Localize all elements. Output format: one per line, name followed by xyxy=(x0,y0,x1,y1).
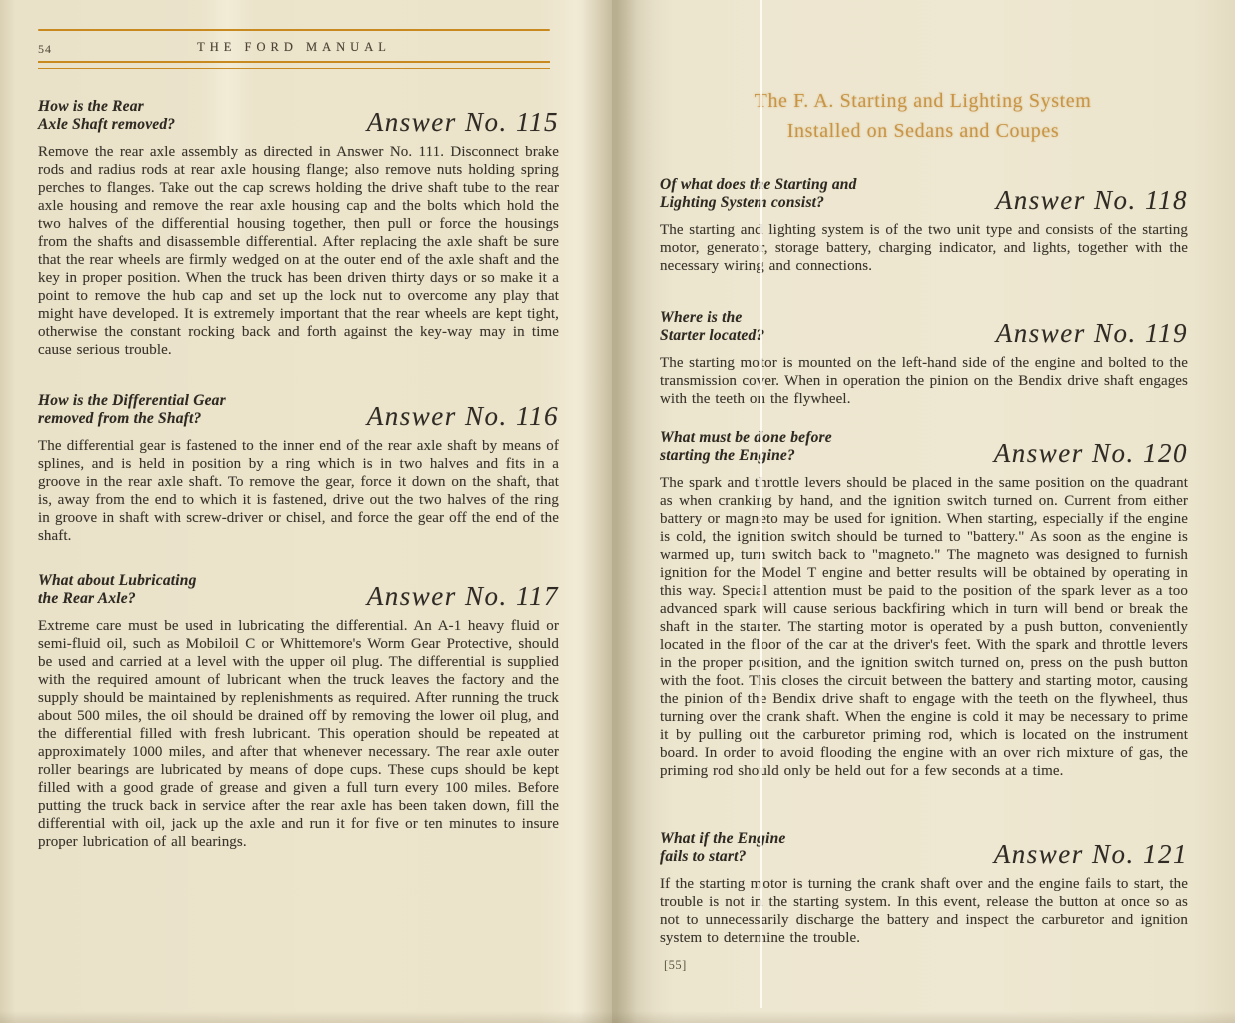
question: Where is the Starter located? xyxy=(660,309,764,345)
qa-heading: What about Lubricating the Rear Axle? An… xyxy=(38,568,559,608)
question-line: the Rear Axle? xyxy=(38,590,136,607)
answer-number-label: Answer No. 118 xyxy=(996,187,1188,213)
question-line: How is the Differential Gear xyxy=(38,392,226,409)
question-line: Starter located? xyxy=(660,327,764,344)
answer-body: Remove the rear axle assembly as directe… xyxy=(38,134,559,359)
header-rule-bottom xyxy=(38,61,550,69)
question: Of what does the Starting and Lighting S… xyxy=(660,176,857,212)
qa-heading: How is the Rear Axle Shaft removed? Answ… xyxy=(38,94,559,134)
question-line: starting the Engine? xyxy=(660,447,795,464)
question-line: What if the Engine xyxy=(660,830,785,847)
chapter-title-line: Installed on Sedans and Coupes xyxy=(640,116,1206,146)
header-rule-top xyxy=(38,29,550,31)
page-header: 54 THE FORD MANUAL xyxy=(38,40,550,58)
answer-number-label: Answer No. 116 xyxy=(367,403,559,429)
qa-heading: What must be done before starting the En… xyxy=(660,425,1188,465)
answer-number-label: Answer No. 115 xyxy=(367,109,559,135)
question: How is the Differential Gear removed fro… xyxy=(38,392,226,428)
answer-body: The spark and throttle levers should be … xyxy=(660,465,1188,780)
answer-number-label: Answer No. 119 xyxy=(996,320,1188,346)
question: What must be done before starting the En… xyxy=(660,429,832,465)
answer-number-label: Answer No. 117 xyxy=(367,583,559,609)
qa-section-121: What if the Engine fails to start? Answe… xyxy=(660,826,1188,947)
question: What about Lubricating the Rear Axle? xyxy=(38,572,197,608)
answer-body: The starting motor is mounted on the lef… xyxy=(660,345,1188,408)
question-line: Axle Shaft removed? xyxy=(38,116,175,133)
question-line: Lighting System consist? xyxy=(660,194,824,211)
qa-heading: How is the Differential Gear removed fro… xyxy=(38,388,559,428)
qa-section-120: What must be done before starting the En… xyxy=(660,425,1188,780)
question-line: How is the Rear xyxy=(38,98,144,115)
qa-heading: Of what does the Starting and Lighting S… xyxy=(660,172,1188,212)
book-spread: 54 THE FORD MANUAL How is the Rear Axle … xyxy=(0,0,1235,1023)
footer-page-number: [55] xyxy=(664,958,687,973)
question-line: Where is the xyxy=(660,309,743,326)
chapter-title-line: The F. A. Starting and Lighting System xyxy=(640,86,1206,116)
question-line: What must be done before xyxy=(660,429,832,446)
question: How is the Rear Axle Shaft removed? xyxy=(38,98,175,134)
qa-section-116: How is the Differential Gear removed fro… xyxy=(38,388,559,545)
answer-body: The starting and lighting system is of t… xyxy=(660,212,1188,275)
answer-body: The differential gear is fastened to the… xyxy=(38,428,559,545)
running-title: THE FORD MANUAL xyxy=(38,40,550,55)
answer-number-label: Answer No. 121 xyxy=(994,841,1188,867)
chapter-title: The F. A. Starting and Lighting System I… xyxy=(640,86,1206,146)
question: What if the Engine fails to start? xyxy=(660,830,785,866)
answer-body: Extreme care must be used in lubricating… xyxy=(38,608,559,851)
question-line: fails to start? xyxy=(660,848,747,865)
question-line: removed from the Shaft? xyxy=(38,410,201,427)
qa-section-117: What about Lubricating the Rear Axle? An… xyxy=(38,568,559,851)
qa-heading: Where is the Starter located? Answer No.… xyxy=(660,305,1188,345)
answer-number-label: Answer No. 120 xyxy=(994,440,1188,466)
right-page: The F. A. Starting and Lighting System I… xyxy=(612,0,1235,1023)
page-number: 54 xyxy=(38,42,52,57)
qa-heading: What if the Engine fails to start? Answe… xyxy=(660,826,1188,866)
left-page: 54 THE FORD MANUAL How is the Rear Axle … xyxy=(0,0,612,1023)
qa-section-115: How is the Rear Axle Shaft removed? Answ… xyxy=(38,94,559,359)
scan-artifact-line xyxy=(760,0,762,1008)
answer-body: If the starting motor is turning the cra… xyxy=(660,866,1188,947)
qa-section-118: Of what does the Starting and Lighting S… xyxy=(660,172,1188,275)
question-line: Of what does the Starting and xyxy=(660,176,857,193)
qa-section-119: Where is the Starter located? Answer No.… xyxy=(660,305,1188,408)
question-line: What about Lubricating xyxy=(38,572,197,589)
